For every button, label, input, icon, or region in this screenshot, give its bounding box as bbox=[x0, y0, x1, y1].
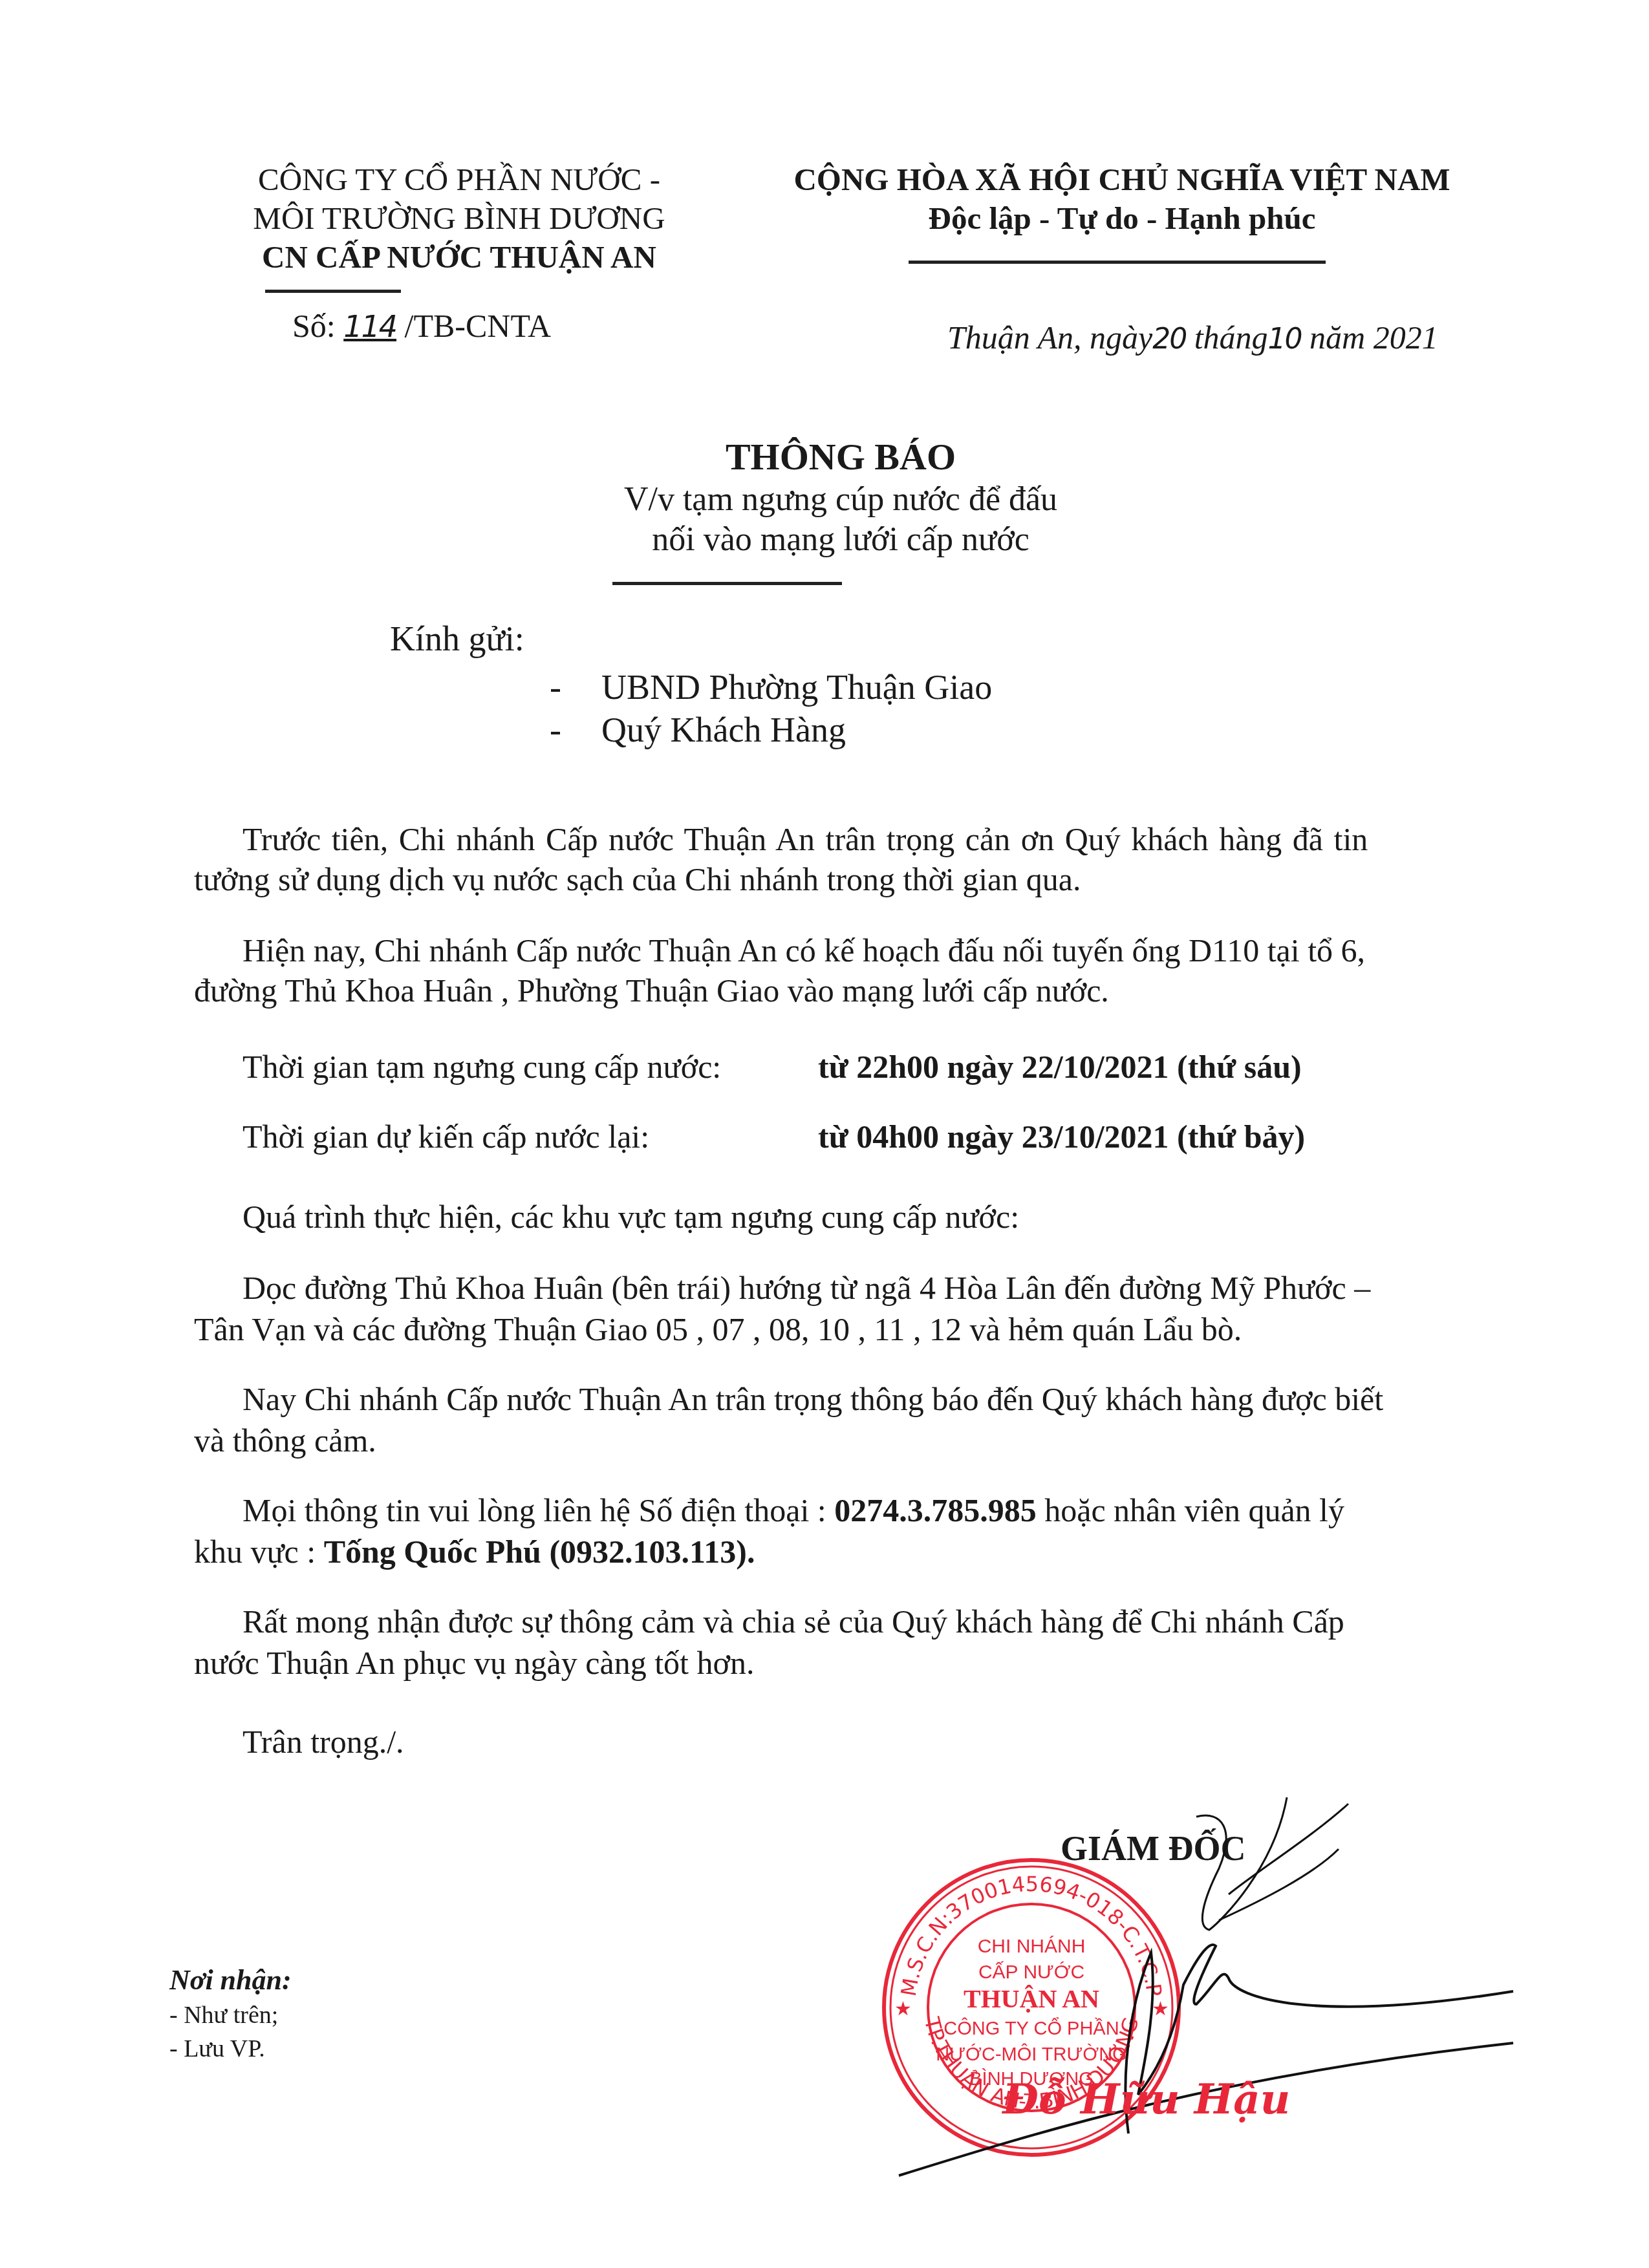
date-month-label: tháng bbox=[1194, 319, 1268, 356]
notice-title-block: THÔNG BÁO V/v tạm ngưng cúp nước để đấu … bbox=[501, 434, 1180, 560]
distribution-list: Nơi nhận: - Như trên; - Lưu VP. bbox=[169, 1962, 292, 2066]
para7-line2: nước Thuận An phục vụ ngày càng tốt hơn. bbox=[194, 1643, 754, 1682]
notice-heading: THÔNG BÁO bbox=[501, 434, 1180, 480]
company-name-line2: MÔI TRƯỜNG BÌNH DƯƠNG bbox=[213, 199, 705, 238]
hotline-phone: 0274.3.785.985 bbox=[834, 1492, 1037, 1528]
header-right: CỘNG HÒA XÃ HỘI CHỦ NGHĨA VIỆT NAM Độc l… bbox=[766, 160, 1478, 238]
schedule-label: Thời gian tạm ngưng cung cấp nước: bbox=[242, 1049, 721, 1085]
doc-number-prefix: Số: bbox=[292, 308, 336, 344]
recipients-label: Kính gửi: bbox=[390, 617, 524, 660]
para5-line2: và thông cảm. bbox=[194, 1421, 376, 1460]
para5-line1: Nay Chi nhánh Cấp nước Thuận An trân trọ… bbox=[242, 1380, 1383, 1418]
recipient-item: -Quý Khách Hàng bbox=[550, 709, 846, 751]
distribution-item: - Như trên; bbox=[169, 1998, 292, 2032]
doc-number-handwritten: 114 bbox=[343, 309, 396, 344]
header-right-divider bbox=[909, 261, 1326, 264]
company-name-line1: CÔNG TY CỔ PHẦN NƯỚC - bbox=[213, 160, 705, 199]
para1-line2: tưởng sử dụng dịch vụ nước sạch của Chi … bbox=[194, 860, 1081, 899]
para2-line2: đường Thủ Khoa Huân , Phường Thuận Giao … bbox=[194, 971, 1109, 1010]
date-place: Thuận An, ngày20 tháng10 năm 2021 bbox=[947, 318, 1438, 359]
contact-intro: Mọi thông tin vui lòng liên hệ Số điện t… bbox=[242, 1492, 834, 1528]
schedule-label: Thời gian dự kiến cấp nước lại: bbox=[242, 1118, 649, 1155]
area-manager-contact: Tống Quốc Phú (0932.103.113). bbox=[324, 1534, 755, 1570]
notice-subject-line1: V/v tạm ngưng cúp nước để đấu bbox=[501, 480, 1180, 520]
date-day: 20 bbox=[1152, 323, 1186, 356]
document-number: Số: 114 /TB-CNTA bbox=[292, 306, 551, 346]
contact-outro: hoặc nhân viên quản lý bbox=[1037, 1492, 1344, 1528]
para6-line2: khu vực : Tống Quốc Phú (0932.103.113). bbox=[194, 1532, 755, 1571]
schedule-value: từ 22h00 ngày 22/10/2021 (thứ sáu) bbox=[818, 1047, 1302, 1086]
recipient-item: -UBND Phường Thuận Giao bbox=[550, 666, 992, 709]
date-place-label: Thuận An, ngày bbox=[947, 319, 1152, 356]
notice-subject-line2: nối vào mạng lưới cấp nước bbox=[501, 520, 1180, 560]
date-month: 10 bbox=[1268, 323, 1302, 356]
recipient-name: UBND Phường Thuận Giao bbox=[601, 668, 992, 707]
date-year: năm 2021 bbox=[1309, 319, 1438, 356]
schedule-row: Thời gian dự kiến cấp nước lại: bbox=[242, 1117, 649, 1156]
para6-line1: Mọi thông tin vui lòng liên hệ Số điện t… bbox=[242, 1491, 1344, 1530]
title-divider bbox=[612, 582, 842, 585]
recipient-bullet: - bbox=[550, 709, 601, 751]
para4-line2: Tân Vạn và các đường Thuận Giao 05 , 07 … bbox=[194, 1310, 1242, 1349]
para1-line1: Trước tiên, Chi nhánh Cấp nước Thuận An … bbox=[242, 820, 1368, 859]
national-motto: Độc lập - Tự do - Hạnh phúc bbox=[766, 199, 1478, 238]
para7-line1: Rất mong nhận được sự thông cảm và chia … bbox=[242, 1602, 1344, 1641]
schedule-value: từ 04h00 ngày 23/10/2021 (thứ bảy) bbox=[818, 1117, 1305, 1156]
recipient-bullet: - bbox=[550, 666, 601, 709]
schedule-row: Thời gian tạm ngưng cung cấp nước: bbox=[242, 1047, 721, 1086]
distribution-item: - Lưu VP. bbox=[169, 2032, 292, 2066]
doc-number-suffix: /TB-CNTA bbox=[405, 308, 552, 344]
recipient-name: Quý Khách Hàng bbox=[601, 711, 846, 749]
distribution-label: Nơi nhận: bbox=[169, 1962, 292, 1998]
closing-salutation: Trân trọng./. bbox=[242, 1722, 404, 1761]
branch-name: CN CẤP NƯỚC THUẬN AN bbox=[213, 238, 705, 277]
header-left: CÔNG TY CỔ PHẦN NƯỚC - MÔI TRƯỜNG BÌNH D… bbox=[213, 160, 705, 277]
signer-name: Đỗ Hữu Hậu bbox=[1002, 2075, 1290, 2124]
para4-line1: Dọc đường Thủ Khoa Huân (bên trái) hướng… bbox=[242, 1268, 1370, 1307]
header-left-divider bbox=[265, 290, 401, 293]
area-label: khu vực : bbox=[194, 1534, 324, 1570]
body-paragraph-3: Quá trình thực hiện, các khu vực tạm ngư… bbox=[242, 1197, 1019, 1236]
national-title: CỘNG HÒA XÃ HỘI CHỦ NGHĨA VIỆT NAM bbox=[766, 160, 1478, 199]
signature-scribble bbox=[860, 1791, 1604, 2192]
para2-line1: Hiện nay, Chi nhánh Cấp nước Thuận An có… bbox=[242, 931, 1365, 970]
